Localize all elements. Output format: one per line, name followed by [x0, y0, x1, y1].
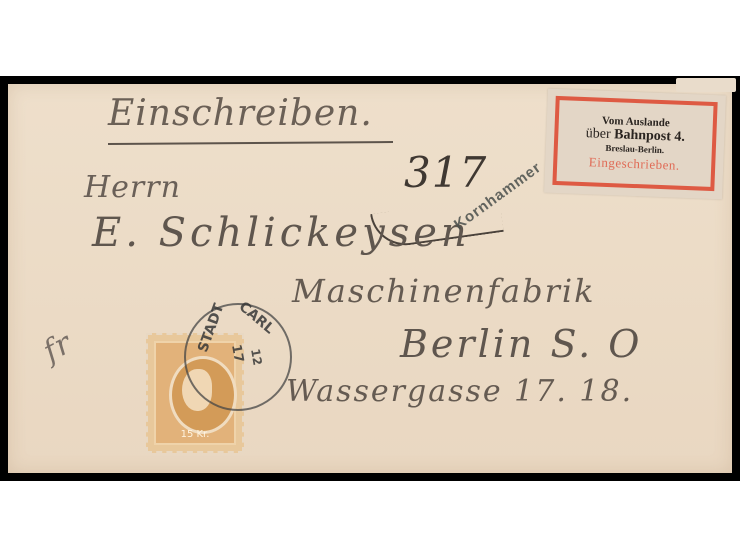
label-line-2-prefix: über [585, 126, 614, 142]
address-city: Berlin S. O [400, 322, 642, 366]
stamp-value: 15 Kr. [156, 429, 234, 440]
address-street: Wassergasse 17. 18. [286, 374, 633, 409]
label-line-4: Eingeschrieben. [589, 154, 680, 173]
address-firm: Maschinenfabrik [292, 272, 596, 310]
label-line-3: Breslau-Berlin. [605, 142, 664, 154]
address-salutation: Herrn [84, 170, 181, 205]
label-line-2: über Bahnpost 4. [585, 126, 685, 146]
registration-number: 317 [404, 148, 487, 197]
label-line-2-bold: Bahnpost 4. [614, 127, 685, 145]
registration-label-frame: Vom Auslande über Bahnpost 4. Breslau-Be… [552, 96, 717, 191]
address-name: E. Schlickeysen [92, 210, 471, 256]
registration-label: Vom Auslande über Bahnpost 4. Breslau-Be… [544, 89, 726, 200]
registered-endorsement: Einschreiben. [108, 93, 373, 134]
postmark-day: 17 [228, 343, 246, 363]
postmark-month: 12 [248, 348, 265, 367]
